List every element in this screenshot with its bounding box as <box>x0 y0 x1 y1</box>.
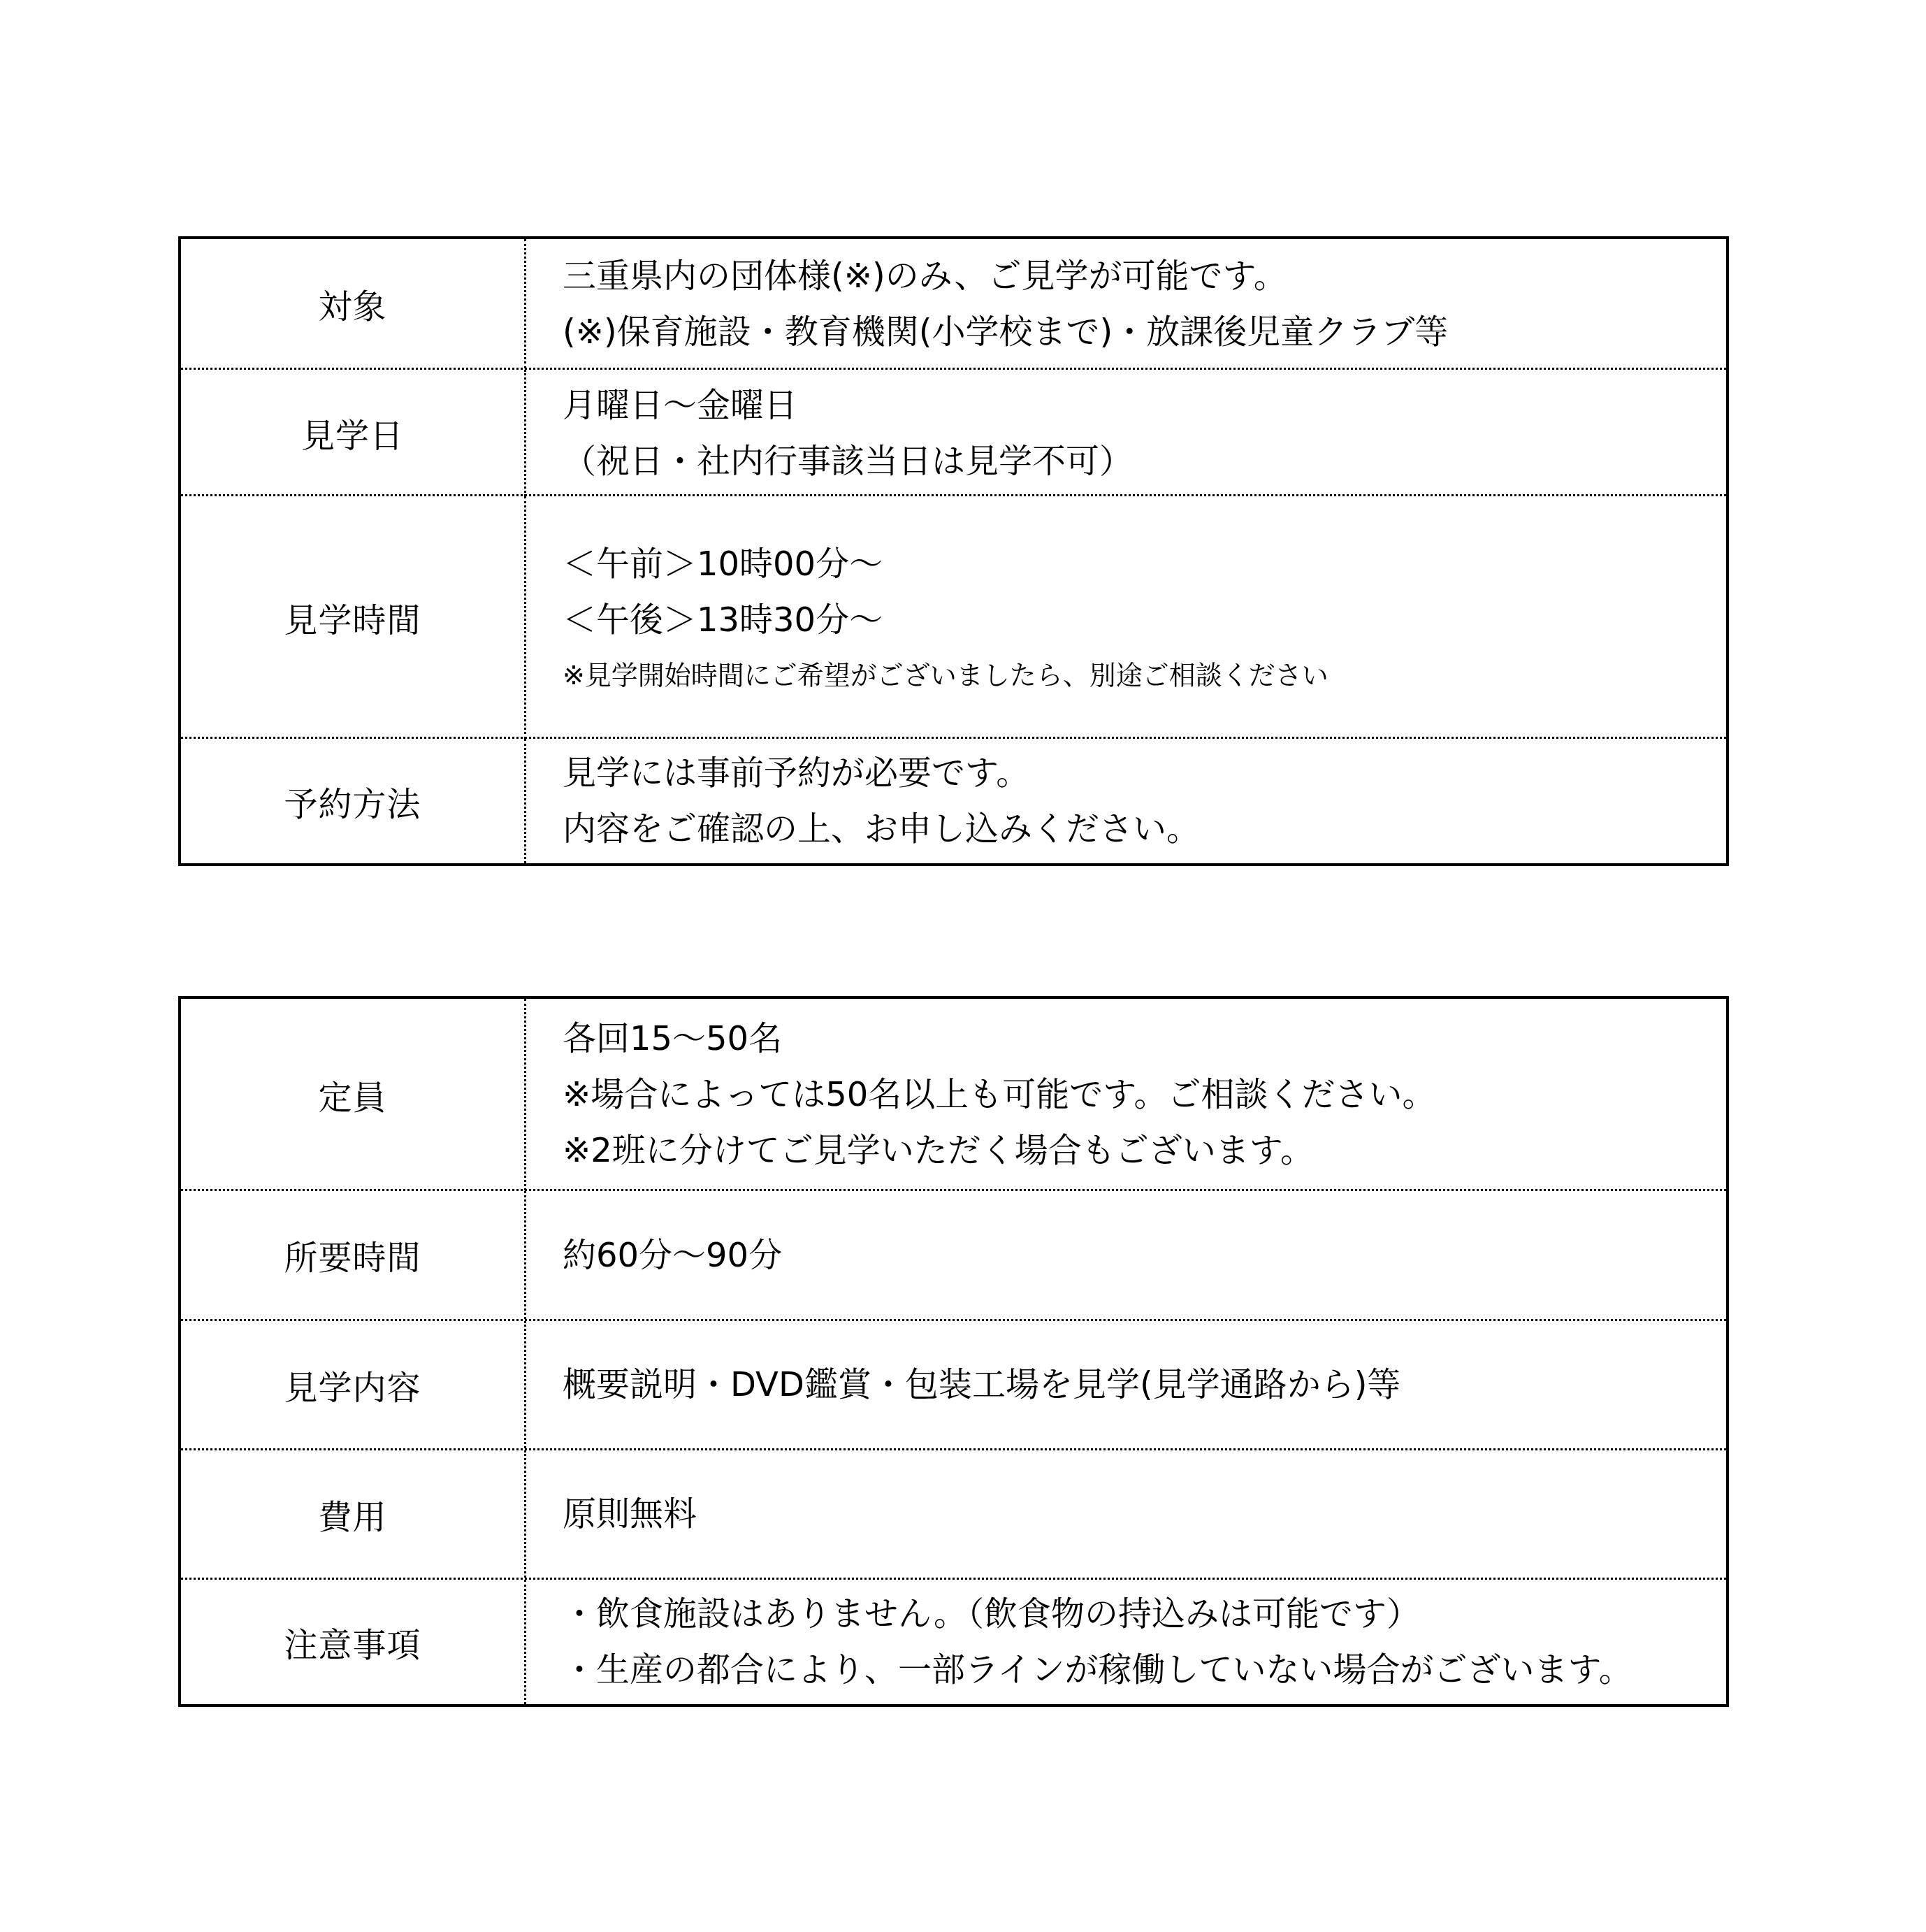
content-line: 原則無料 <box>563 1486 1726 1542</box>
row-label: 費用 <box>181 1450 526 1578</box>
row-label: 対象 <box>181 239 526 368</box>
content-line: ※2班に分けてご見学いただく場合もございます。 <box>563 1123 1726 1178</box>
content-line: ＜午後＞13時30分～ <box>563 592 1726 648</box>
table-row-notes: 注意事項 ・飲食施設はありません。（飲食物の持込みは可能です） ・生産の都合によ… <box>181 1578 1726 1704</box>
visit-conditions-table: 対象 三重県内の団体様(※)のみ、ご見学が可能です。 (※)保育施設・教育機関(… <box>178 236 1729 866</box>
row-label: 見学時間 <box>181 496 526 739</box>
table-row-duration: 所要時間 約60分～90分 <box>181 1189 1726 1319</box>
row-label: 定員 <box>181 999 526 1190</box>
row-content: ・飲食施設はありません。（飲食物の持込みは可能です） ・生産の都合により、一部ラ… <box>526 1580 1726 1704</box>
table-row-reservation: 予約方法 見学には事前予約が必要です。 内容をご確認の上、お申し込みください。 <box>181 737 1726 863</box>
row-label: 見学内容 <box>181 1321 526 1448</box>
content-line: 概要説明・DVD鑑賞・包装工場を見学(見学通路から)等 <box>563 1357 1726 1413</box>
content-line: 内容をご確認の上、お申し込みください。 <box>563 801 1726 857</box>
content-line: ・飲食施設はありません。（飲食物の持込みは可能です） <box>563 1586 1726 1642</box>
visit-details-table: 定員 各回15～50名 ※場合によっては50名以上も可能です。ご相談ください。 … <box>178 996 1729 1707</box>
table-row-visit-hours: 見学時間 ＜午前＞10時00分～ ＜午後＞13時30分～ ※見学開始時間にご希望… <box>181 494 1726 739</box>
row-label: 注意事項 <box>181 1580 526 1704</box>
row-content: 三重県内の団体様(※)のみ、ご見学が可能です。 (※)保育施設・教育機関(小学校… <box>526 239 1726 368</box>
content-line: ※場合によっては50名以上も可能です。ご相談ください。 <box>563 1067 1726 1123</box>
row-content: 約60分～90分 <box>526 1191 1726 1319</box>
row-content: 月曜日～金曜日 （祝日・社内行事該当日は見学不可） <box>526 370 1726 496</box>
content-line: 三重県内の団体様(※)のみ、ご見学が可能です。 <box>563 248 1726 304</box>
content-line: ・生産の都合により、一部ラインが稼働していない場合がございます。 <box>563 1642 1726 1698</box>
row-content: 概要説明・DVD鑑賞・包装工場を見学(見学通路から)等 <box>526 1321 1726 1448</box>
content-line: 約60分～90分 <box>563 1227 1726 1283</box>
content-line: 月曜日～金曜日 <box>563 377 1726 433</box>
content-line: (※)保育施設・教育機関(小学校まで)・放課後児童クラブ等 <box>563 304 1726 360</box>
row-label: 見学日 <box>181 370 526 496</box>
row-content: 見学には事前予約が必要です。 内容をご確認の上、お申し込みください。 <box>526 739 1726 863</box>
table-row-cost: 費用 原則無料 <box>181 1448 1726 1578</box>
row-content: 原則無料 <box>526 1450 1726 1578</box>
content-line: 見学には事前予約が必要です。 <box>563 745 1726 801</box>
content-line: 各回15～50名 <box>563 1011 1726 1067</box>
row-label: 所要時間 <box>181 1191 526 1319</box>
table-row-capacity: 定員 各回15～50名 ※場合によっては50名以上も可能です。ご相談ください。 … <box>181 999 1726 1190</box>
row-label: 予約方法 <box>181 739 526 863</box>
row-content: ＜午前＞10時00分～ ＜午後＞13時30分～ ※見学開始時間にご希望がございま… <box>526 496 1726 739</box>
content-line: ＜午前＞10時00分～ <box>563 536 1726 592</box>
table-row-target: 対象 三重県内の団体様(※)のみ、ご見学が可能です。 (※)保育施設・教育機関(… <box>181 239 1726 368</box>
row-content: 各回15～50名 ※場合によっては50名以上も可能です。ご相談ください。 ※2班… <box>526 999 1726 1190</box>
content-line: （祝日・社内行事該当日は見学不可） <box>563 433 1726 489</box>
table-row-contents: 見学内容 概要説明・DVD鑑賞・包装工場を見学(見学通路から)等 <box>181 1319 1726 1448</box>
note-text: ※見学開始時間にご希望がございましたら、別途ご相談ください <box>563 651 1726 700</box>
table-row-visit-days: 見学日 月曜日～金曜日 （祝日・社内行事該当日は見学不可） <box>181 368 1726 496</box>
